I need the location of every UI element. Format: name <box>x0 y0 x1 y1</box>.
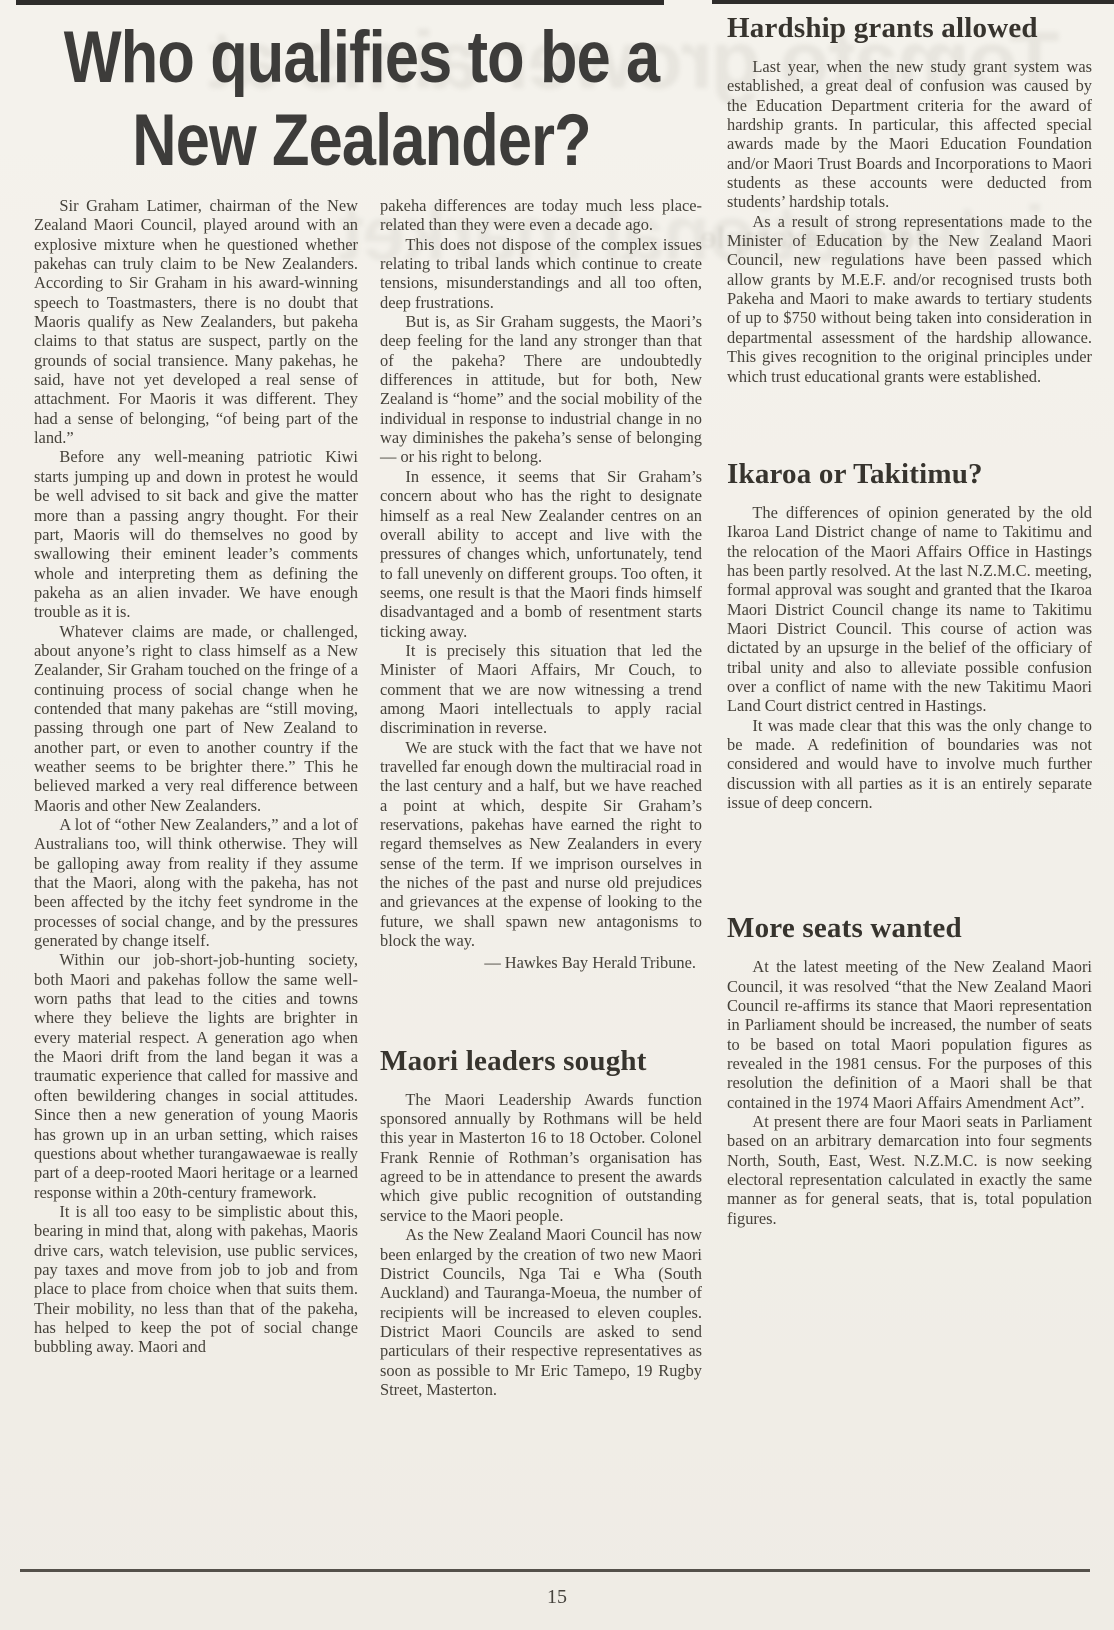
paragraph: Sir Graham Latimer, chairman of the New … <box>34 196 358 447</box>
article-column-2: pakeha differences are today much less p… <box>380 196 702 1399</box>
paragraph: But is, as Sir Graham suggests, the Maor… <box>380 312 702 467</box>
paragraph: It is all too easy to be simplistic abou… <box>34 1202 358 1357</box>
paragraph: The differences of opinion generated by … <box>727 503 1092 716</box>
article-title: Who qualifies to be aNew Zealander? <box>0 16 724 182</box>
article-title-line1: Who qualifies to be a <box>64 17 660 98</box>
paragraph: At the latest meeting of the New Zealand… <box>727 957 1092 1112</box>
paragraph: Whatever claims are made, or challenged,… <box>34 622 358 815</box>
footer-rule <box>20 1569 1090 1572</box>
section-heading-maori-leaders-sought: Maori leaders sought <box>380 1045 702 1077</box>
paragraph: As a result of strong representations ma… <box>727 212 1092 386</box>
newspaper-page: Tomato grower aims at international mark… <box>0 0 1114 1630</box>
scan-edge-artifact <box>16 0 664 5</box>
paragraph: Last year, when the new study grant syst… <box>727 57 1092 212</box>
page-number: 15 <box>0 1586 1114 1609</box>
paragraph: Before any well-meaning patriotic Kiwi s… <box>34 447 358 621</box>
section-heading-more-seats: More seats wanted <box>727 912 1092 944</box>
paragraph: It was made clear that this was the only… <box>727 716 1092 813</box>
section-heading-ikaroa-takitimu: Ikaroa or Takitimu? <box>727 458 1092 490</box>
paragraph: We are stuck with the fact that we have … <box>380 738 702 951</box>
attribution: — Hawkes Bay Herald Tribune. <box>380 953 702 972</box>
scan-edge-artifact <box>712 0 1114 4</box>
paragraph: In essence, it seems that Sir Graham’s c… <box>380 467 702 641</box>
paragraph: The Maori Leadership Awards function spo… <box>380 1090 702 1225</box>
paragraph: As the New Zealand Maori Council has now… <box>380 1225 702 1399</box>
article-title-line2: New Zealander? <box>133 100 592 181</box>
article-column-3: Hardship grants allowed Last year, when … <box>727 8 1092 1228</box>
article-column-1: Sir Graham Latimer, chairman of the New … <box>34 196 358 1357</box>
paragraph: A lot of “other New Zealanders,” and a l… <box>34 815 358 950</box>
section-heading-hardship-grants: Hardship grants allowed <box>727 12 1092 44</box>
paragraph: Within our job-short-job-hunting society… <box>34 950 358 1201</box>
paragraph: It is precisely this situation that led … <box>380 641 702 738</box>
paragraph: At present there are four Maori seats in… <box>727 1112 1092 1228</box>
paragraph: pakeha differences are today much less p… <box>380 196 702 235</box>
paragraph: This does not dispose of the complex iss… <box>380 235 702 312</box>
